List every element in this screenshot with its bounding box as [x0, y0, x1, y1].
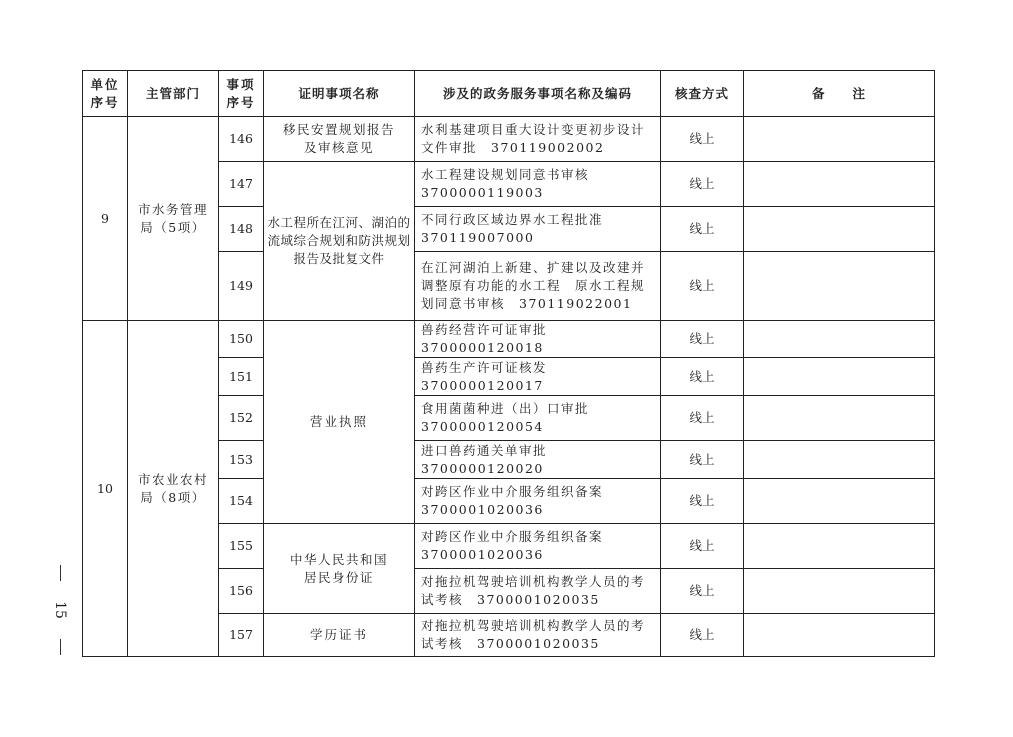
check-method-cell: 线上	[661, 441, 744, 479]
remark-cell	[744, 569, 935, 614]
item-no-cell: 157	[219, 614, 264, 657]
item-no-cell: 151	[219, 358, 264, 396]
table-row: 9 市水务管理局（5项） 146 移民安置规划报告及审核意见 水利基建项目重大设…	[83, 117, 935, 162]
unit-no-cell: 9	[83, 117, 128, 321]
page-number: 15	[50, 565, 70, 655]
item-no-cell: 156	[219, 569, 264, 614]
page-number-dash-top	[60, 565, 61, 581]
service-cell: 水工程建设规划同意书审核 3700000119003	[415, 162, 661, 207]
remark-cell	[744, 252, 935, 321]
service-cell: 食用菌菌种进（出）口审批 3700000120054	[415, 396, 661, 441]
header-check-method: 核查方式	[661, 71, 744, 117]
remark-cell	[744, 441, 935, 479]
check-method-cell: 线上	[661, 252, 744, 321]
header-remarks: 备 注	[744, 71, 935, 117]
check-method-cell: 线上	[661, 162, 744, 207]
remark-cell	[744, 396, 935, 441]
item-no-cell: 148	[219, 207, 264, 252]
item-no-cell: 146	[219, 117, 264, 162]
proof-items-table: 单位序号 主管部门 事项序号 证明事项名称 涉及的政务服务事项名称及编码 核查方…	[82, 70, 935, 657]
page-number-text: 15	[52, 601, 68, 619]
service-cell: 兽药生产许可证核发 3700000120017	[415, 358, 661, 396]
department-cell: 市水务管理局（5项）	[128, 117, 219, 321]
remark-cell	[744, 614, 935, 657]
item-no-cell: 149	[219, 252, 264, 321]
proof-name-cell: 移民安置规划报告及审核意见	[264, 117, 415, 162]
service-cell: 水利基建项目重大设计变更初步设计文件审批 370119002002	[415, 117, 661, 162]
unit-no-cell: 10	[83, 321, 128, 657]
check-method-cell: 线上	[661, 524, 744, 569]
service-cell: 不同行政区域边界水工程批准 370119007000	[415, 207, 661, 252]
remark-cell	[744, 524, 935, 569]
service-cell: 对拖拉机驾驶培训机构教学人员的考试考核 3700001020035	[415, 569, 661, 614]
header-unit-no: 单位序号	[83, 71, 128, 117]
check-method-cell: 线上	[661, 358, 744, 396]
proof-name-cell: 中华人民共和国居民身份证	[264, 524, 415, 614]
check-method-cell: 线上	[661, 321, 744, 358]
item-no-cell: 154	[219, 479, 264, 524]
table-row: 10 市农业农村局（8项） 150 营业执照 兽药经营许可证审批 3700000…	[83, 321, 935, 358]
service-cell: 兽药经营许可证审批 3700000120018	[415, 321, 661, 358]
proof-name-cell: 学历证书	[264, 614, 415, 657]
item-no-cell: 152	[219, 396, 264, 441]
item-no-cell: 150	[219, 321, 264, 358]
item-no-cell: 153	[219, 441, 264, 479]
check-method-cell: 线上	[661, 117, 744, 162]
remark-cell	[744, 479, 935, 524]
remark-cell	[744, 358, 935, 396]
check-method-cell: 线上	[661, 614, 744, 657]
proof-name-cell: 营业执照	[264, 321, 415, 524]
check-method-cell: 线上	[661, 396, 744, 441]
header-row: 单位序号 主管部门 事项序号 证明事项名称 涉及的政务服务事项名称及编码 核查方…	[83, 71, 935, 117]
check-method-cell: 线上	[661, 479, 744, 524]
check-method-cell: 线上	[661, 569, 744, 614]
service-cell: 对跨区作业中介服务组织备案 3700001020036	[415, 479, 661, 524]
item-no-cell: 147	[219, 162, 264, 207]
remark-cell	[744, 117, 935, 162]
remark-cell	[744, 162, 935, 207]
header-service-name-code: 涉及的政务服务事项名称及编码	[415, 71, 661, 117]
remark-cell	[744, 207, 935, 252]
header-proof-name: 证明事项名称	[264, 71, 415, 117]
department-cell: 市农业农村局（8项）	[128, 321, 219, 657]
header-item-no: 事项序号	[219, 71, 264, 117]
service-cell: 进口兽药通关单审批 3700000120020	[415, 441, 661, 479]
service-cell: 在江河湖泊上新建、扩建以及改建并调整原有功能的水工程 原水工程规划同意书审核 3…	[415, 252, 661, 321]
check-method-cell: 线上	[661, 207, 744, 252]
proof-name-cell: 水工程所在江河、湖泊的流域综合规划和防洪规划报告及批复文件	[264, 162, 415, 321]
page-number-dash-bottom	[60, 639, 61, 655]
header-department: 主管部门	[128, 71, 219, 117]
service-cell: 对拖拉机驾驶培训机构教学人员的考试考核 3700001020035	[415, 614, 661, 657]
service-cell: 对跨区作业中介服务组织备案 3700001020036	[415, 524, 661, 569]
remark-cell	[744, 321, 935, 358]
item-no-cell: 155	[219, 524, 264, 569]
